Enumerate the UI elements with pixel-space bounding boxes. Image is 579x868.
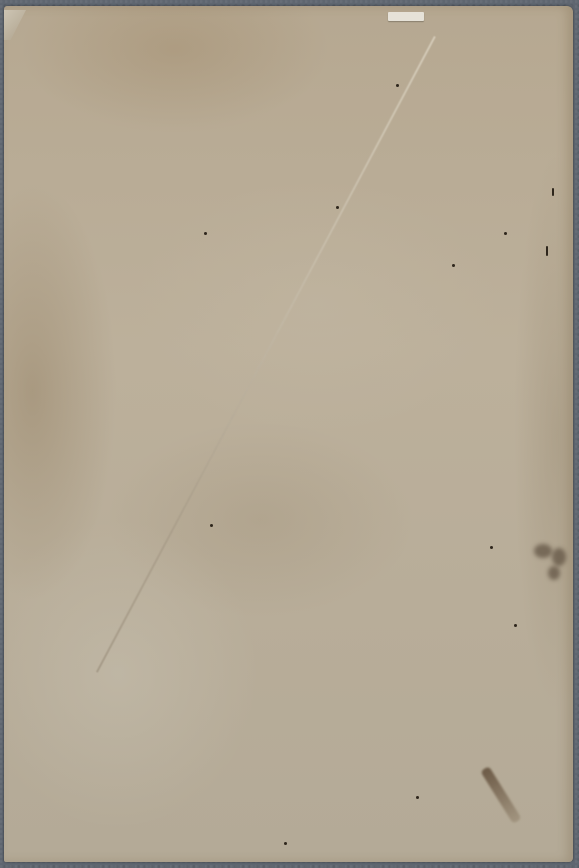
ink-stain (552, 548, 566, 566)
brown-smear (480, 766, 521, 824)
speck (490, 546, 493, 549)
speck (514, 624, 517, 627)
torn-corner (4, 10, 26, 40)
paper-sheet (4, 6, 573, 862)
speck (504, 232, 507, 235)
ink-stain (534, 544, 552, 558)
speck (284, 842, 287, 845)
speck (336, 206, 339, 209)
photo-scene (0, 0, 579, 868)
paper-tab (388, 12, 424, 21)
speck (452, 264, 455, 267)
speck (210, 524, 213, 527)
speck (546, 246, 548, 256)
ink-stain (548, 566, 560, 580)
speck (204, 232, 207, 235)
speck (552, 188, 554, 196)
diagonal-crease (96, 36, 436, 673)
speck (416, 796, 419, 799)
speck (396, 84, 399, 87)
